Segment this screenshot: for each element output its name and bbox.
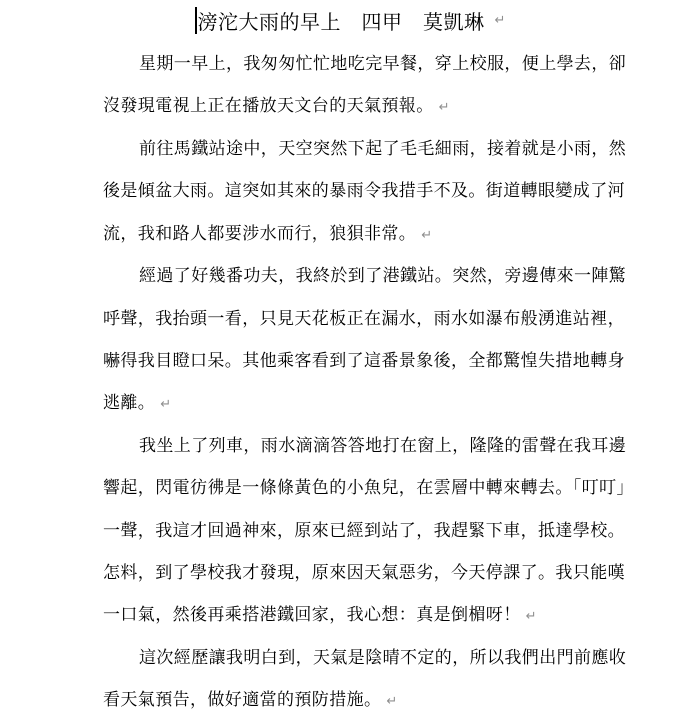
text-line[interactable]: 這次經歷讓我明白到，天氣是陰晴不定的，所以我們出門前應收 bbox=[103, 646, 696, 672]
text-cursor bbox=[195, 7, 197, 34]
document-title: 滂沱大雨的早上 四甲 莫凱琳 bbox=[198, 6, 485, 35]
text-line[interactable]: 我坐上了列車，雨水滴滴答答地打在窗上，隆隆的雷聲在我耳邊 bbox=[103, 434, 696, 460]
document-page[interactable]: 滂沱大雨的早上 四甲 莫凱琳 ↵ 星期一早上，我匆匆忙忙地吃完早餐，穿上校服，便… bbox=[0, 0, 696, 723]
paragraph-mark-icon: ↵ bbox=[386, 694, 397, 709]
text-line[interactable]: 沒發現電視上正在播放天文台的天氣預報。↵ bbox=[103, 94, 663, 120]
text-line[interactable]: 流，我和路人都要涉水而行，狼狽非常。↵ bbox=[103, 222, 663, 248]
paragraph-mark-icon: ↵ bbox=[495, 13, 506, 28]
line-text: 流，我和路人都要涉水而行，狼狽非常。 bbox=[103, 224, 416, 244]
paragraph-mark-icon: ↵ bbox=[526, 609, 537, 624]
line-text: 響起，閃電彷彿是一條條黃色的小魚兒，在雲層中轉來轉去。「叮叮」 bbox=[103, 478, 634, 498]
line-text: 這次經歷讓我明白到，天氣是陰晴不定的，所以我們出門前應收 bbox=[139, 648, 626, 668]
text-line[interactable]: 嚇得我目瞪口呆。其他乘客看到了這番景象後，全都驚惶失措地轉身 bbox=[103, 349, 663, 375]
line-text: 逃離。 bbox=[103, 393, 155, 413]
line-text: 星期一早上，我匆匆忙忙地吃完早餐，穿上校服，便上學去，卻 bbox=[139, 54, 626, 74]
line-text: 看天氣預告，做好適當的預防措施。 bbox=[103, 690, 381, 710]
line-text: 前往馬鐵站途中，天空突然下起了毛毛細雨，接着就是小雨，然 bbox=[139, 139, 626, 159]
line-text: 沒發現電視上正在播放天文台的天氣預報。 bbox=[103, 96, 434, 116]
text-line[interactable]: 星期一早上，我匆匆忙忙地吃完早餐，穿上校服，便上學去，卻 bbox=[103, 52, 696, 78]
line-text: 嚇得我目瞪口呆。其他乘客看到了這番景象後，全都驚惶失措地轉身 bbox=[103, 351, 625, 371]
text-line[interactable]: 一聲，我這才回過神來，原來已經到站了，我趕緊下車，抵達學校。 bbox=[103, 519, 663, 545]
text-line[interactable]: 前往馬鐵站途中，天空突然下起了毛毛細雨，接着就是小雨，然 bbox=[103, 137, 696, 163]
document-title-line[interactable]: 滂沱大雨的早上 四甲 莫凱琳 ↵ bbox=[103, 5, 597, 35]
line-text: 我坐上了列車，雨水滴滴答答地打在窗上，隆隆的雷聲在我耳邊 bbox=[139, 436, 626, 456]
line-text: 一聲，我這才回過神來，原來已經到站了，我趕緊下車，抵達學校。 bbox=[103, 521, 625, 541]
line-text: 經過了好幾番功夫，我終於到了港鐵站。突然，旁邊傳來一陣驚 bbox=[139, 266, 626, 286]
text-line[interactable]: 逃離。↵ bbox=[103, 391, 663, 417]
line-text: 怎料，到了學校我才發現，原來因天氣惡劣，今天停課了。我只能嘆 bbox=[103, 563, 625, 583]
text-line[interactable]: 後是傾盆大雨。這突如其來的暴雨令我措手不及。街道轉眼變成了河 bbox=[103, 179, 663, 205]
text-line[interactable]: 看天氣預告，做好適當的預防措施。↵ bbox=[103, 688, 663, 714]
text-line[interactable]: 經過了好幾番功夫，我終於到了港鐵站。突然，旁邊傳來一陣驚 bbox=[103, 264, 696, 290]
text-line[interactable]: 響起，閃電彷彿是一條條黃色的小魚兒，在雲層中轉來轉去。「叮叮」 bbox=[103, 476, 663, 502]
text-line[interactable]: 一口氣，然後再乘搭港鐵回家，我心想：真是倒楣呀！↵ bbox=[103, 603, 663, 629]
paragraph-mark-icon: ↵ bbox=[421, 228, 432, 243]
line-text: 呼聲，我抬頭一看，只見天花板正在漏水，雨水如瀑布般湧進站裡， bbox=[103, 309, 625, 329]
line-text: 後是傾盆大雨。這突如其來的暴雨令我措手不及。街道轉眼變成了河 bbox=[103, 181, 625, 201]
text-line[interactable]: 怎料，到了學校我才發現，原來因天氣惡劣，今天停課了。我只能嘆 bbox=[103, 561, 663, 587]
text-line[interactable]: 呼聲，我抬頭一看，只見天花板正在漏水，雨水如瀑布般湧進站裡， bbox=[103, 307, 663, 333]
line-text: 一口氣，然後再乘搭港鐵回家，我心想：真是倒楣呀！ bbox=[103, 605, 521, 625]
paragraph-mark-icon: ↵ bbox=[439, 100, 450, 115]
paragraph-mark-icon: ↵ bbox=[160, 397, 171, 412]
